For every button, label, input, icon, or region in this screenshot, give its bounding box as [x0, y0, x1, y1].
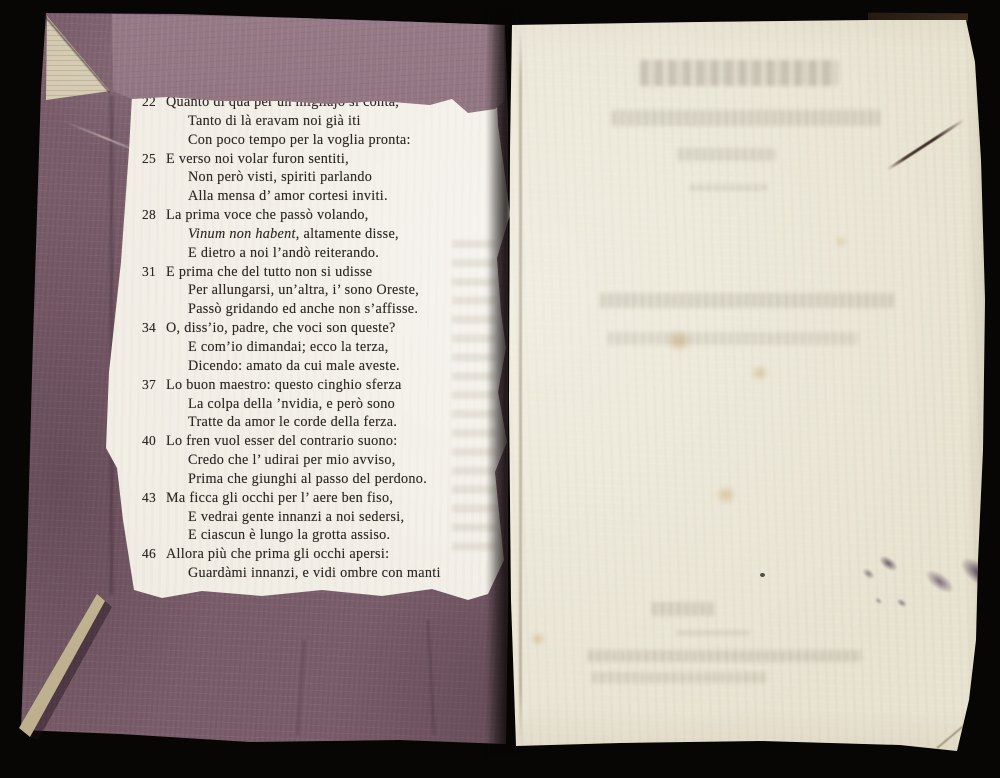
poem-line: Con poco tempo per la voglia pronta:: [130, 131, 508, 150]
verse-text: Credo che l’ udirai per mio avviso,: [188, 452, 396, 468]
verse-text: Allora più che prima gli occhi apersi:: [166, 546, 389, 562]
poem-line: E dietro a noi l’andò reiterando.: [130, 244, 508, 263]
poem-line: Credo che l’ udirai per mio avviso,: [130, 451, 508, 470]
book-photo: 22Quanto di qua per un migliajo si conta…: [0, 0, 1000, 778]
ink-speck: [760, 573, 765, 577]
verse-text: Dicendo: amato da cui male aveste.: [188, 358, 400, 374]
verse-text: Lo fren vuol esser del contrario suono:: [166, 433, 398, 449]
poem-line: La colpa della ’nvidia, e però sono: [130, 395, 508, 414]
poem-line: 28La prima voce che passò volando,: [130, 206, 508, 225]
verse-line-number: 40: [142, 432, 166, 451]
ghost-imprint-bleedthrough: [588, 650, 862, 662]
poem-line: 25E verso noi volar furon sentiti,: [130, 150, 508, 169]
latin-quote: Vinum non habent: [188, 226, 296, 242]
ghost-rule-bleedthrough: [676, 631, 750, 635]
foxing-spot: [528, 630, 548, 648]
poem-line: E ciascun è lungo la grotta assiso.: [130, 526, 508, 545]
verse-text: Tratte da amor le corde della ferza.: [188, 414, 397, 430]
ghost-line-bleedthrough: [612, 110, 880, 126]
ghost-line-bleedthrough: [600, 293, 895, 308]
poem-line: Passò gridando ed anche non s’affisse.: [130, 300, 508, 319]
verse-text: Alla mensa d’ amor cortesi inviti.: [188, 188, 388, 204]
scratch-mark: [887, 118, 966, 171]
verse-text: O, diss’io, padre, che voci son queste?: [166, 320, 396, 336]
verse-text: Lo buon maestro: questo cinghio sferza: [166, 377, 402, 393]
verse-text: E ciascun è lungo la grotta assiso.: [188, 527, 390, 543]
ghost-line-bleedthrough: [608, 332, 858, 345]
poem-line: E com’io dimandai; ecco la terza,: [130, 338, 508, 357]
poem-line: Prima che giunghi al passo del perdono.: [130, 470, 508, 489]
verse-text: Con poco tempo per la voglia pronta:: [188, 132, 411, 148]
verse-line-number: 43: [142, 489, 166, 508]
verse-text: Passò gridando ed anche non s’affisse.: [188, 301, 418, 317]
verse-text: Non però visti, spiriti parlando: [188, 169, 372, 185]
verse-line-number: 34: [142, 319, 166, 338]
ghost-imprint-bleedthrough: [592, 672, 768, 683]
page-fold-crease: [519, 24, 522, 744]
verse-line-number: 37: [142, 376, 166, 395]
poem-line: Non però visti, spiriti parlando: [130, 168, 508, 187]
verse-line-number: 28: [142, 206, 166, 225]
ghost-title-bleedthrough: [640, 60, 838, 86]
verse-text: E dietro a noi l’andò reiterando.: [188, 245, 379, 261]
poem-line: 31E prima che del tutto non si udisse: [130, 263, 508, 282]
poem-line: 40Lo fren vuol esser del contrario suono…: [130, 432, 508, 451]
foxing-spot: [712, 482, 740, 508]
verse-text: E com’io dimandai; ecco la terza,: [188, 339, 389, 355]
poem-lines: 22Quanto di qua per un migliajo si conta…: [130, 93, 508, 583]
poem-line: Tratte da amor le corde della ferza.: [130, 413, 508, 432]
poem-line: Alla mensa d’ amor cortesi inviti.: [130, 187, 508, 206]
poem-line: 37Lo buon maestro: questo cinghio sferza: [130, 376, 508, 395]
poem-line: 34O, diss’io, padre, che voci son queste…: [130, 319, 508, 338]
verse-text: , altamente disse,: [296, 226, 399, 242]
verse-text: E vedrai gente innanzi a noi sedersi,: [188, 509, 404, 525]
ghost-line-bleedthrough: [678, 148, 776, 161]
foxing-spot: [662, 326, 696, 356]
poem-line: Guardàmi innanzi, e vidi ombre con manti: [130, 564, 508, 583]
foxing-spot: [748, 362, 772, 384]
verse-text: Per allungarsi, un’altra, i’ sono Oreste…: [188, 282, 419, 298]
poem-line: 46Allora più che prima gli occhi apersi:: [130, 545, 508, 564]
verse-text: La colpa della ’nvidia, e però sono: [188, 396, 395, 412]
verse-text: Prima che giunghi al passo del perdono.: [188, 471, 427, 487]
verse-text: Ma ficca gli occhi per l’ aere ben fiso,: [166, 490, 393, 506]
corner-fold-crease: [936, 697, 997, 749]
poem-line: Tanto di là eravam noi già iti: [130, 112, 508, 131]
poem-line: Dicendo: amato da cui male aveste.: [130, 357, 508, 376]
verse-line-number: 25: [142, 150, 166, 169]
ghost-imprint-bleedthrough: [652, 602, 716, 616]
poem-line: Vinum non habent, altamente disse,: [130, 225, 508, 244]
verse-text: Tanto di là eravam noi già iti: [188, 113, 361, 129]
verse-line-number: 46: [142, 545, 166, 564]
verse-line-number: 31: [142, 263, 166, 282]
poem-line: Per allungarsi, un’altra, i’ sono Oreste…: [130, 281, 508, 300]
verse-text: La prima voce che passò volando,: [166, 207, 369, 223]
poem-line: 43Ma ficca gli occhi per l’ aere ben fis…: [130, 489, 508, 508]
foxing-spot: [832, 234, 850, 250]
ghost-line-bleedthrough: [690, 184, 768, 191]
verse-text: E prima che del tutto non si udisse: [166, 264, 372, 280]
verse-text: E verso noi volar furon sentiti,: [166, 151, 349, 167]
verse-text: Guardàmi innanzi, e vidi ombre con manti: [188, 565, 441, 581]
poem-line: E vedrai gente innanzi a noi sedersi,: [130, 508, 508, 527]
